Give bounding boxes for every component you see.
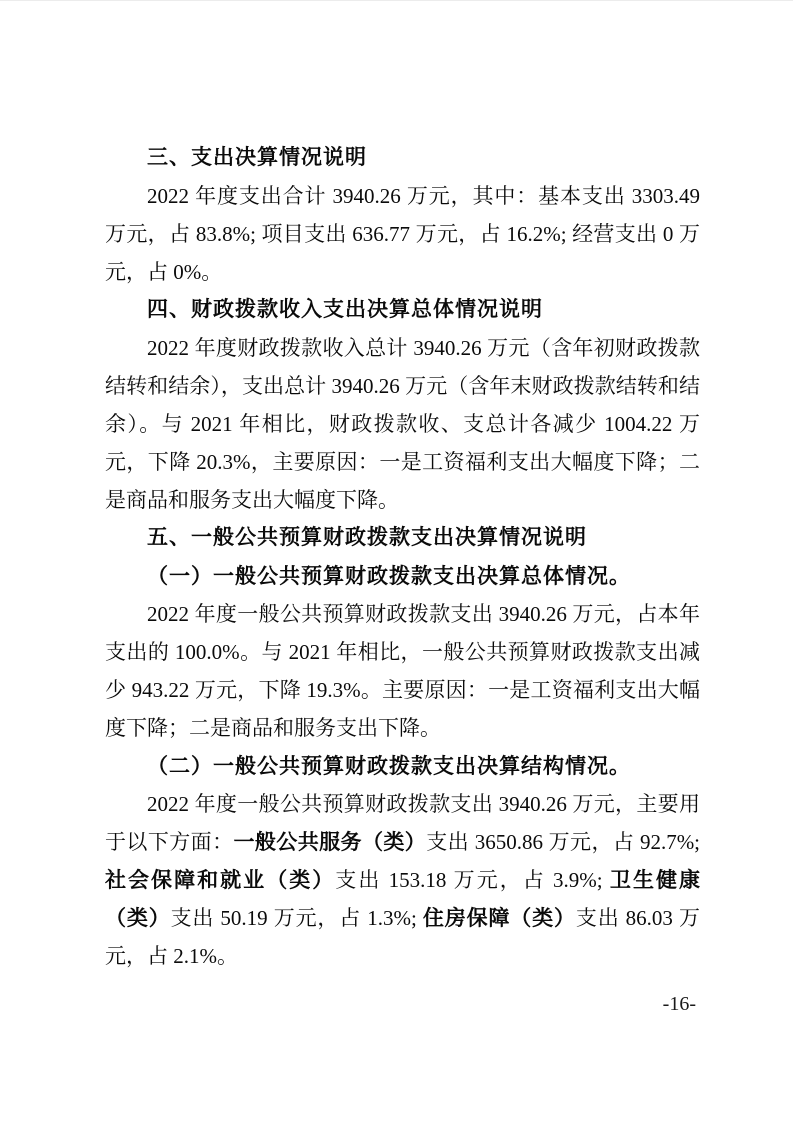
document-content: 三、支出决算情况说明 2022 年度支出合计 3940.26 万元，其中：基本支…	[105, 139, 700, 975]
sub2-bold-category-housing-security: 住房保障（类）	[423, 906, 576, 930]
section-5-heading: 五、一般公共预算财政拨款支出决算情况说明	[105, 519, 700, 557]
sub2-text-run: 支出 3650.86 万元，占 92.7%;	[426, 830, 700, 854]
section-3-paragraph: 2022 年度支出合计 3940.26 万元，其中：基本支出 3303.49 万…	[105, 177, 700, 291]
section-5-subheading-2: （二）一般公共预算财政拨款支出决算结构情况。	[105, 747, 700, 785]
sub2-text-run: 支出 153.18 万元，占 3.9%;	[335, 868, 610, 892]
section-4-heading: 四、财政拨款收入支出决算总体情况说明	[105, 291, 700, 329]
sub2-text-run: 支出 50.19 万元，占 1.3%;	[171, 906, 423, 930]
section-5-sub1-paragraph: 2022 年度一般公共预算财政拨款支出 3940.26 万元，占本年支出的 10…	[105, 595, 700, 747]
sub2-bold-category-general-public-services: 一般公共服务（类）	[233, 830, 426, 854]
page-number: -16-	[663, 992, 696, 1016]
section-4-paragraph: 2022 年度财政拨款收入总计 3940.26 万元（含年初财政拨款结转和结余）…	[105, 329, 700, 519]
section-5-subheading-1: （一）一般公共预算财政拨款支出决算总体情况。	[105, 557, 700, 595]
document-page: 三、支出决算情况说明 2022 年度支出合计 3940.26 万元，其中：基本支…	[0, 0, 793, 1123]
section-5-sub2-paragraph: 2022 年度一般公共预算财政拨款支出 3940.26 万元，主要用于以下方面：…	[105, 785, 700, 975]
section-3-heading: 三、支出决算情况说明	[105, 139, 700, 177]
sub2-bold-category-social-security-employment: 社会保障和就业（类）	[105, 868, 335, 892]
